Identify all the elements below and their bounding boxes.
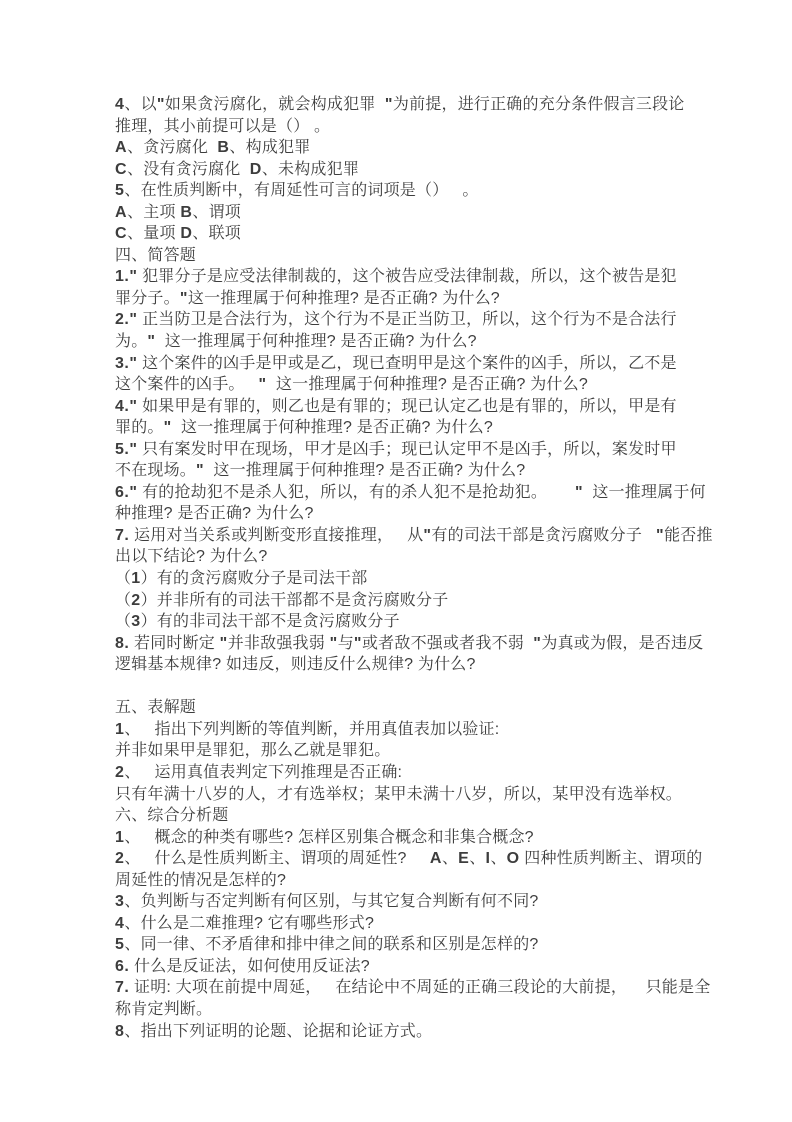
text-line: 7. 证明: 大项在前提中周延， 在结论中不周延的正确三段论的大前提， 只能是全 (115, 977, 713, 999)
text-block: 4、以"如果贪污腐化，就会构成犯罪 "为前提，进行正确的充分条件假言三段论推理，… (115, 94, 713, 1042)
text-line: 逻辑基本规律? 如违反，则违反什么规律? 为什么? (115, 654, 713, 676)
text-line: A、贪污腐化 B、构成犯罪 (115, 137, 713, 159)
text-line: 7. 运用对当关系或判断变形直接推理， 从"有的司法干部是贪污腐败分子 "能否推 (115, 525, 713, 547)
text-line: （3）有的非司法干部不是贪污腐败分子 (115, 611, 713, 633)
text-line: 种推理? 是否正确? 为什么? (115, 503, 713, 525)
text-line: 5、在性质判断中，有周延性可言的词项是（） 。 (115, 180, 713, 202)
text-line: 四、简答题 (115, 245, 713, 267)
text-line: 不在现场。" 这一推理属于何种推理? 是否正确? 为什么? (115, 460, 713, 482)
text-line: 6. 什么是反证法，如何使用反证法? (115, 956, 713, 978)
text-line: 只有年满十八岁的人，才有选举权；某甲未满十八岁，所以，某甲没有选举权。 (115, 784, 713, 806)
text-line: 3、负判断与否定判断有何区别，与其它复合判断有何不同? (115, 891, 713, 913)
text-line: C、量项 D、联项 (115, 223, 713, 245)
text-line: 1、 概念的种类有哪些? 怎样区别集合概念和非集合概念? (115, 827, 713, 849)
text-line: 出以下结论? 为什么? (115, 546, 713, 568)
document-page: 4、以"如果贪污腐化，就会构成犯罪 "为前提，进行正确的充分条件假言三段论推理，… (0, 0, 792, 1122)
text-line: 2、 什么是性质判断主、谓项的周延性? A、E、I、O 四种性质判断主、谓项的 (115, 848, 713, 870)
text-line: 2." 正当防卫是合法行为，这个行为不是正当防卫，所以，这个行为不是合法行 (115, 309, 713, 331)
text-line: 5、同一律、不矛盾律和排中律之间的联系和区别是怎样的? (115, 934, 713, 956)
blank-line (115, 676, 713, 698)
text-line: 这个案件的凶手。 " 这一推理属于何种推理? 是否正确? 为什么? (115, 374, 713, 396)
text-line: 1、 指出下列判断的等值判断，并用真值表加以验证: (115, 719, 713, 741)
text-line: 8. 若同时断定 "并非敌强我弱 "与"或者敌不强或者我不弱 "为真或为假，是否… (115, 633, 713, 655)
text-line: 1." 犯罪分子是应受法律制裁的，这个被告应受法律制裁，所以，这个被告是犯 (115, 266, 713, 288)
text-line: 4、什么是二难推理? 它有哪些形式? (115, 913, 713, 935)
text-line: 称肯定判断。 (115, 999, 713, 1021)
text-line: 五、表解题 (115, 697, 713, 719)
text-line: 为。" 这一推理属于何种推理? 是否正确? 为什么? (115, 331, 713, 353)
text-line: 2、 运用真值表判定下列推理是否正确: (115, 762, 713, 784)
text-line: 6." 有的抢劫犯不是杀人犯，所以，有的杀人犯不是抢劫犯。 " 这一推理属于何 (115, 482, 713, 504)
text-line: 3." 这个案件的凶手是甲或是乙，现已查明甲是这个案件的凶手，所以，乙不是 (115, 353, 713, 375)
text-line: 罪分子。"这一推理属于何种推理? 是否正确? 为什么? (115, 288, 713, 310)
text-line: 周延性的情况是怎样的? (115, 870, 713, 892)
text-line: （1）有的贪污腐败分子是司法干部 (115, 568, 713, 590)
text-line: 4、以"如果贪污腐化，就会构成犯罪 "为前提，进行正确的充分条件假言三段论 (115, 94, 713, 116)
text-line: 4." 如果甲是有罪的，则乙也是有罪的；现已认定乙也是有罪的，所以，甲是有 (115, 396, 713, 418)
text-line: 推理，其小前提可以是（） 。 (115, 116, 713, 138)
text-line: 六、综合分析题 (115, 805, 713, 827)
text-line: （2）并非所有的司法干部都不是贪污腐败分子 (115, 590, 713, 612)
text-line: C、没有贪污腐化 D、未构成犯罪 (115, 159, 713, 181)
text-line: 8、指出下列证明的论题、论据和论证方式。 (115, 1021, 713, 1043)
text-line: 罪的。" 这一推理属于何种推理? 是否正确? 为什么? (115, 417, 713, 439)
text-line: 5." 只有案发时甲在现场，甲才是凶手；现已认定甲不是凶手，所以，案发时甲 (115, 439, 713, 461)
text-line: 并非如果甲是罪犯，那么乙就是罪犯。 (115, 740, 713, 762)
text-line: A、主项 B、谓项 (115, 202, 713, 224)
